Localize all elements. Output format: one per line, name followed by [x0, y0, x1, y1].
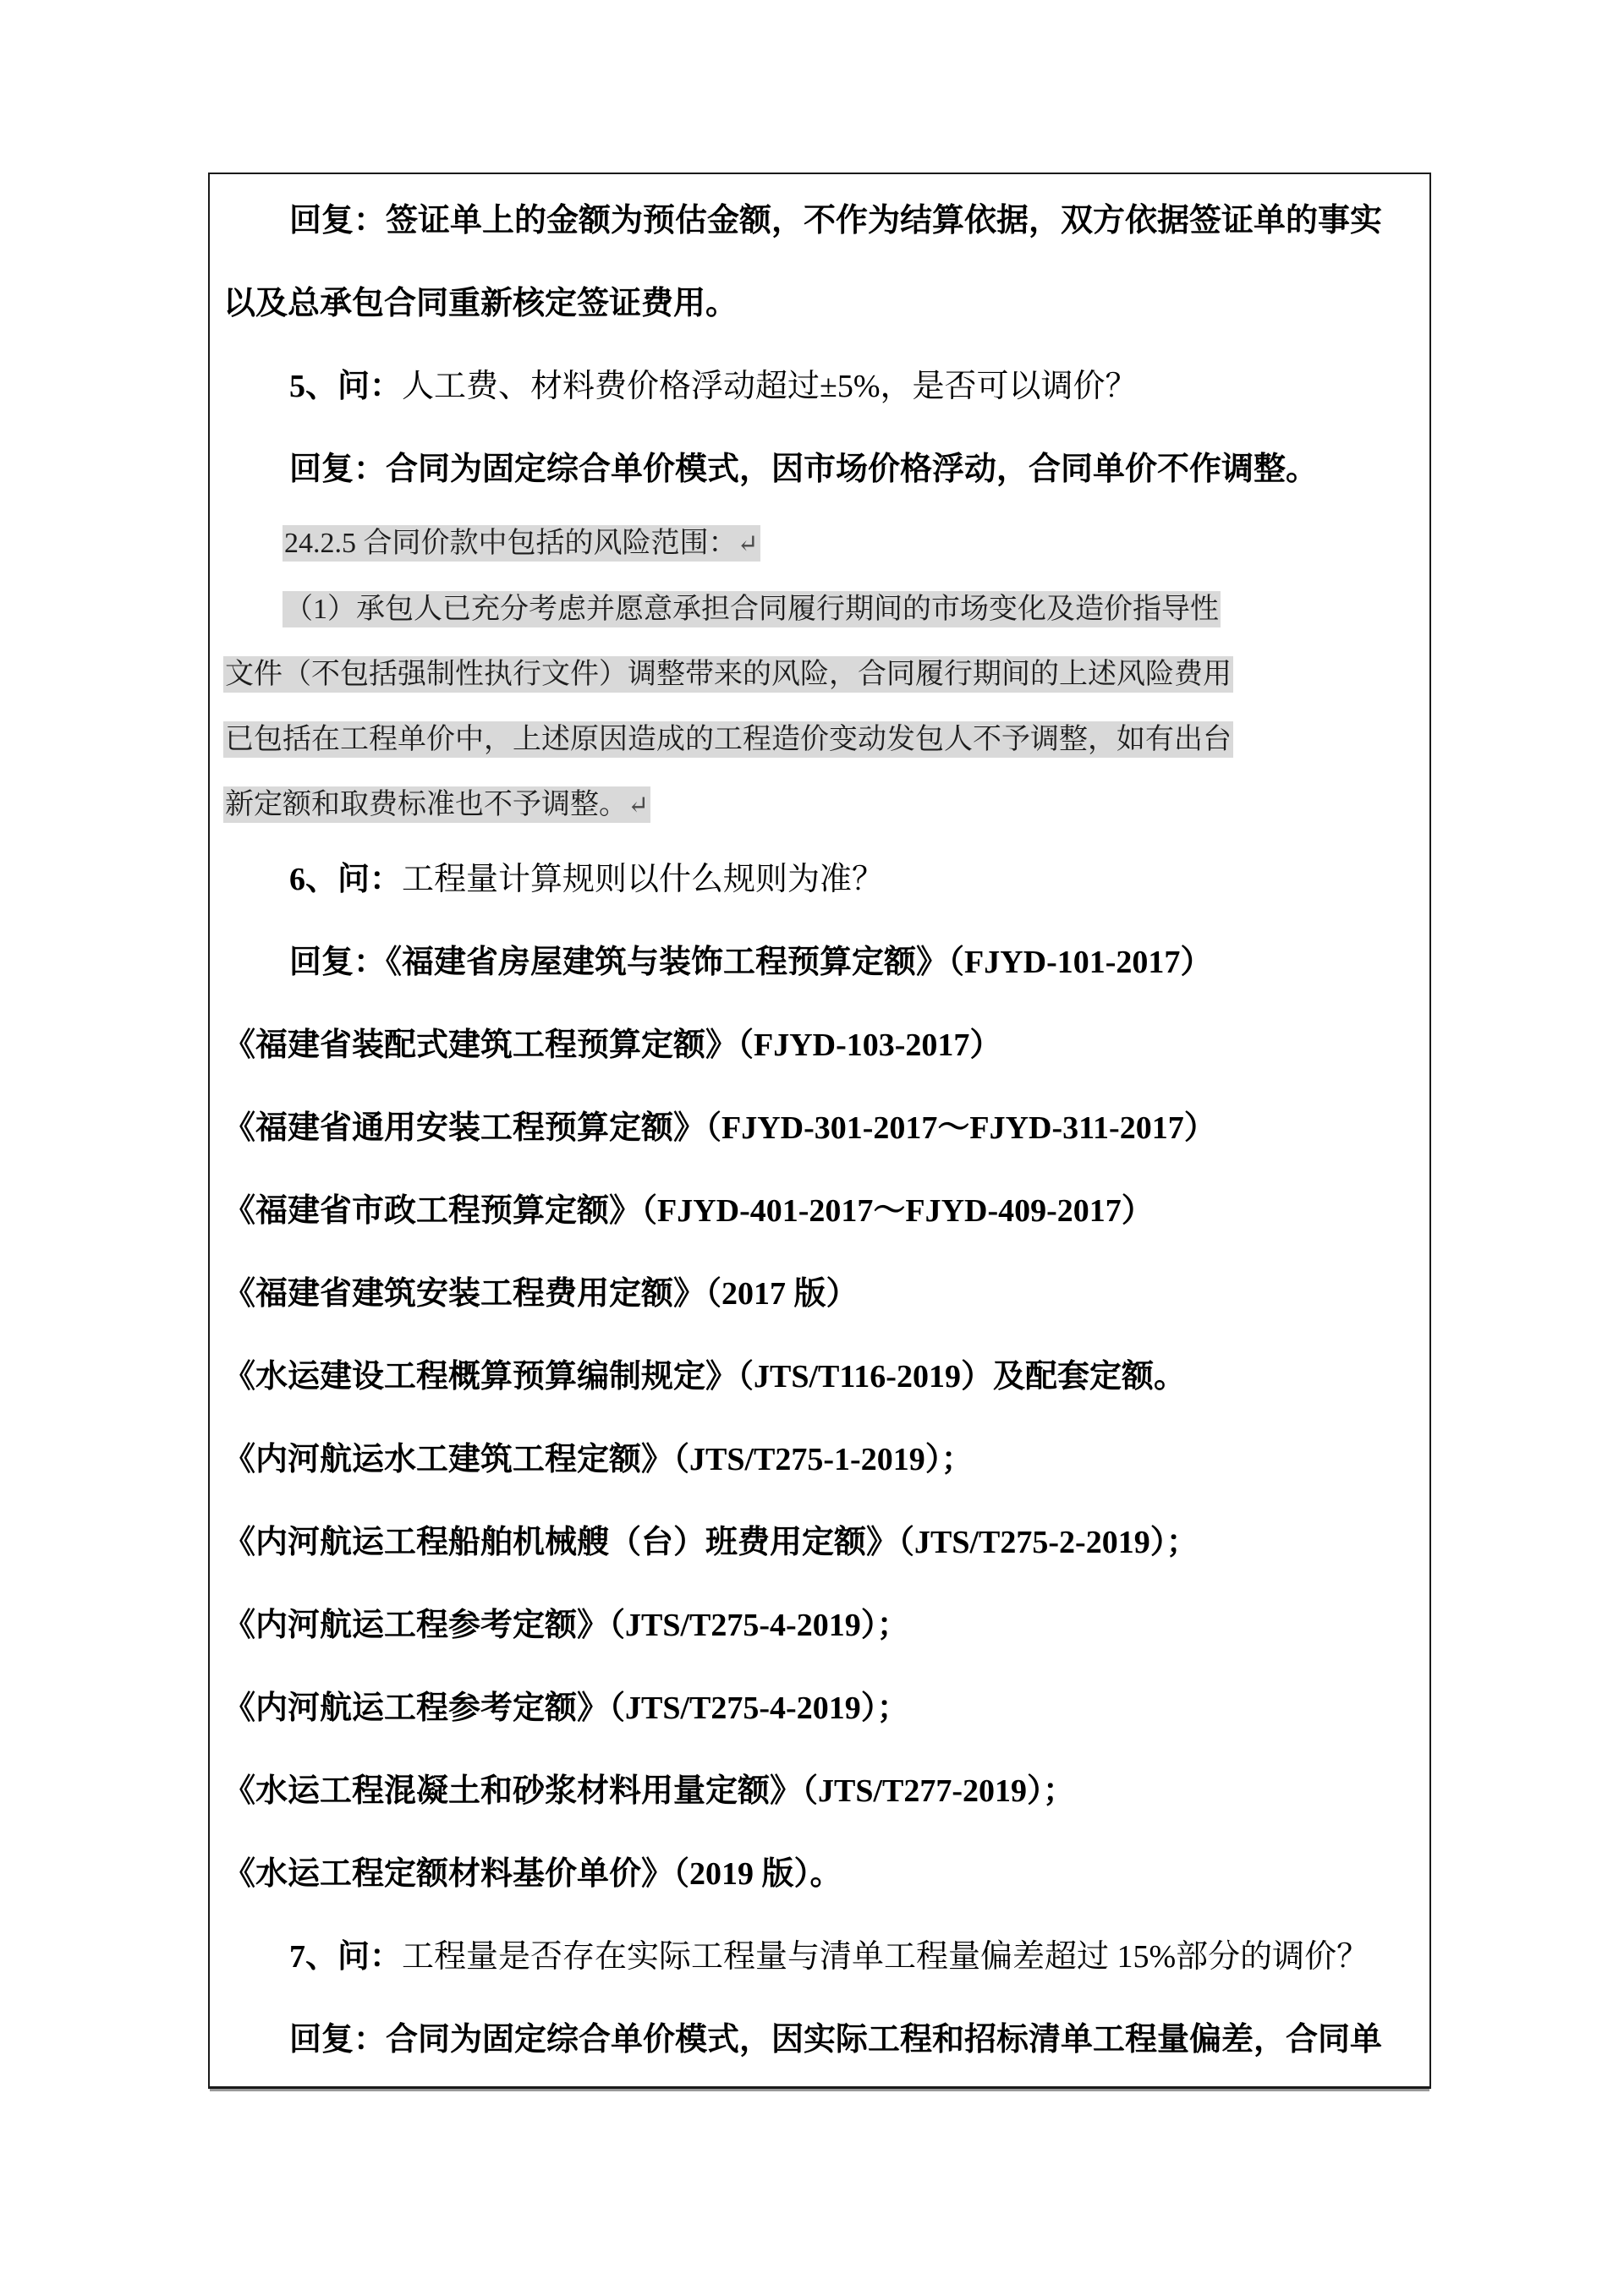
clause-quote-line-4: 已包括在工程单价中，上述原因造成的工程造价变动发包人不予调整，如有出台	[223, 707, 1423, 772]
answer-6-line-3: 《福建省通用安装工程预算定额》（FJYD-301-2017～FJYD-311-2…	[223, 1087, 1423, 1170]
answer-6-line-8: 《内河航运工程船舶机械艘（台）班费用定额》（JTS/T275-2-2019）；	[223, 1501, 1423, 1584]
clause-quote-text-5: 新定额和取费标准也不予调整。	[225, 789, 628, 820]
prev-answer-line-2: 以及总承包合同重新核定签证费用。	[223, 262, 1423, 345]
question-6-text: 工程量计算规则以什么规则为准？	[402, 862, 884, 897]
clause-quote-line-2: （1）承包人已充分考虑并愿意承担合同履行期间的市场变化及造价指导性	[223, 577, 1423, 642]
answer-6-line-9: 《内河航运工程参考定额》（JTS/T275-4-2019）；	[223, 1584, 1423, 1667]
answer-6-line-2: 《福建省装配式建筑工程预算定额》（FJYD-103-2017）	[223, 1004, 1423, 1087]
document-page: 回复：签证单上的金额为预估金额，不作为结算依据，双方依据签证单的事实 以及总承包…	[0, 0, 1624, 2296]
clause-quote-line-1: 24.2.5 合同价款中包括的风险范围：↵	[223, 511, 1423, 577]
question-7-line: 7、问：工程量是否存在实际工程量与清单工程量偏差超过 15%部分的调价？	[223, 1915, 1423, 1998]
answer-6-line-5: 《福建省建筑安装工程费用定额》（2017 版）	[223, 1252, 1423, 1335]
answer-7-line: 回复：合同为固定综合单价模式，因实际工程和招标清单工程量偏差，合同单	[223, 1998, 1423, 2081]
question-7-prefix: 7、问：	[289, 1939, 402, 1975]
answer-6-line-4: 《福建省市政工程预算定额》（FJYD-401-2017～FJYD-409-201…	[223, 1170, 1423, 1252]
return-mark-icon: ↵	[738, 530, 759, 558]
question-7-text: 工程量是否存在实际工程量与清单工程量偏差超过 15%部分的调价？	[402, 1939, 1369, 1975]
answer-6-line-6: 《水运建设工程概算预算编制规定》（JTS/T116-2019）及配套定额。	[223, 1335, 1423, 1418]
question-6-line: 6、问：工程量计算规则以什么规则为准？	[223, 838, 1423, 921]
clause-quote-line-5: 新定额和取费标准也不予调整。↵	[223, 772, 1423, 838]
clause-quote-text-2: （1）承包人已充分考虑并愿意承担合同履行期间的市场变化及造价指导性	[283, 591, 1221, 627]
answer-5-line: 回复：合同为固定综合单价模式，因市场价格浮动，合同单价不作调整。	[223, 428, 1423, 511]
answer-6-line-7: 《内河航运水工建筑工程定额》（JTS/T275-1-2019）；	[223, 1418, 1423, 1501]
question-5-prefix: 5、问：	[289, 369, 402, 404]
question-5-text: 人工费、材料费价格浮动超过±5%，是否可以调价？	[402, 369, 1138, 404]
answer-6-line-1: 回复：《福建省房屋建筑与装饰工程预算定额》（FJYD-101-2017）	[223, 921, 1423, 1004]
clause-quote-text-3: 文件（不包括强制性执行文件）调整带来的风险，合同履行期间的上述风险费用	[223, 656, 1233, 693]
answer-6-line-11: 《水运工程混凝土和砂浆材料用量定额》（JTS/T277-2019）；	[223, 1750, 1423, 1833]
clause-quote-line-3: 文件（不包括强制性执行文件）调整带来的风险，合同履行期间的上述风险费用	[223, 642, 1423, 707]
answer-6-line-10: 《内河航运工程参考定额》（JTS/T275-4-2019）；	[223, 1667, 1423, 1750]
question-6-prefix: 6、问：	[289, 862, 402, 897]
answer-6-line-12: 《水运工程定额材料基价单价》（2019 版）。	[223, 1833, 1423, 1915]
clause-quote-text-1: 24.2.5 合同价款中包括的风险范围：	[284, 528, 738, 559]
return-mark-icon: ↵	[628, 792, 649, 819]
prev-answer-line-1: 回复：签证单上的金额为预估金额，不作为结算依据，双方依据签证单的事实	[223, 179, 1423, 262]
question-5-line: 5、问：人工费、材料费价格浮动超过±5%，是否可以调价？	[223, 345, 1423, 428]
clause-quote-text-4: 已包括在工程单价中，上述原因造成的工程造价变动发包人不予调整，如有出台	[223, 721, 1233, 758]
qa-table-cell: 回复：签证单上的金额为预估金额，不作为结算依据，双方依据签证单的事实 以及总承包…	[208, 173, 1431, 2089]
